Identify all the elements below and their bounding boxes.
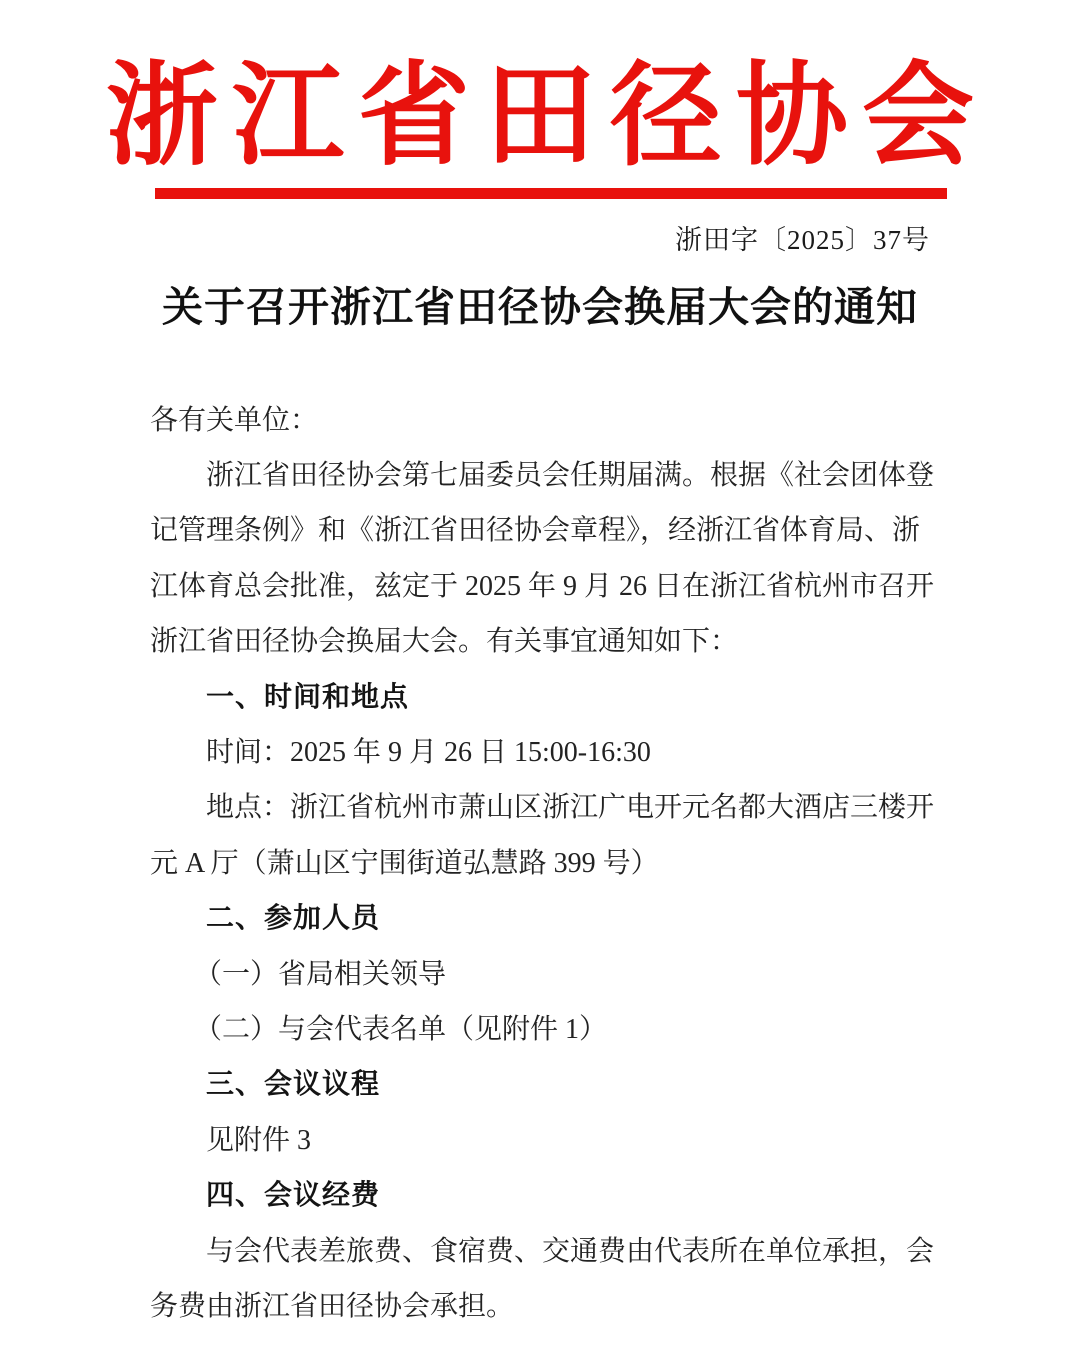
body-line: 浙江省田径协会第七届委员会任期届满。根据《社会团体登 xyxy=(150,445,940,500)
body-line: 务费由浙江省田径协会承担。 xyxy=(150,1276,940,1331)
body-line: （二）与会代表名单（见附件 1） xyxy=(150,999,940,1054)
body-line: 四、会议经费 xyxy=(150,1165,940,1220)
body-line: 浙江省田径协会换届大会。有关事宜通知如下： xyxy=(150,612,940,667)
body-line: 二、参加人员 xyxy=(150,889,940,944)
letterhead-org-name: 浙江省田径协会 xyxy=(0,56,1080,179)
body-line: 各有关单位： xyxy=(150,390,940,445)
body-line: 地点：浙江省杭州市萧山区浙江广电开元名都大酒店三楼开 xyxy=(150,778,940,833)
body-line: 江体育总会批准，兹定于 2025 年 9 月 26 日在浙江省杭州市召开 xyxy=(150,556,940,611)
document-title: 关于召开浙江省田径协会换届大会的通知 xyxy=(0,274,1080,333)
letterhead-rule xyxy=(155,188,947,199)
body-line: 见附件 3 xyxy=(150,1110,940,1165)
body-line: 记管理条例》和《浙江省田径协会章程》，经浙江省体育局、浙 xyxy=(150,501,940,556)
document-page: 浙江省田径协会 浙田字〔2025〕37号 关于召开浙江省田径协会换届大会的通知 … xyxy=(0,0,1080,1350)
body-line: 时间：2025 年 9 月 26 日 15:00-16:30 xyxy=(150,722,940,777)
body-line: 一、时间和地点 xyxy=(150,667,940,722)
body-line: 三、会议议程 xyxy=(150,1055,940,1110)
document-number: 浙田字〔2025〕37号 xyxy=(675,218,930,257)
document-body: 各有关单位：浙江省田径协会第七届委员会任期届满。根据《社会团体登记管理条例》和《… xyxy=(150,390,940,1332)
body-line: 元 A 厅（萧山区宁围街道弘慧路 399 号） xyxy=(150,833,940,888)
body-line: 与会代表差旅费、食宿费、交通费由代表所在单位承担，会 xyxy=(150,1221,940,1276)
body-line: （一）省局相关领导 xyxy=(150,944,940,999)
